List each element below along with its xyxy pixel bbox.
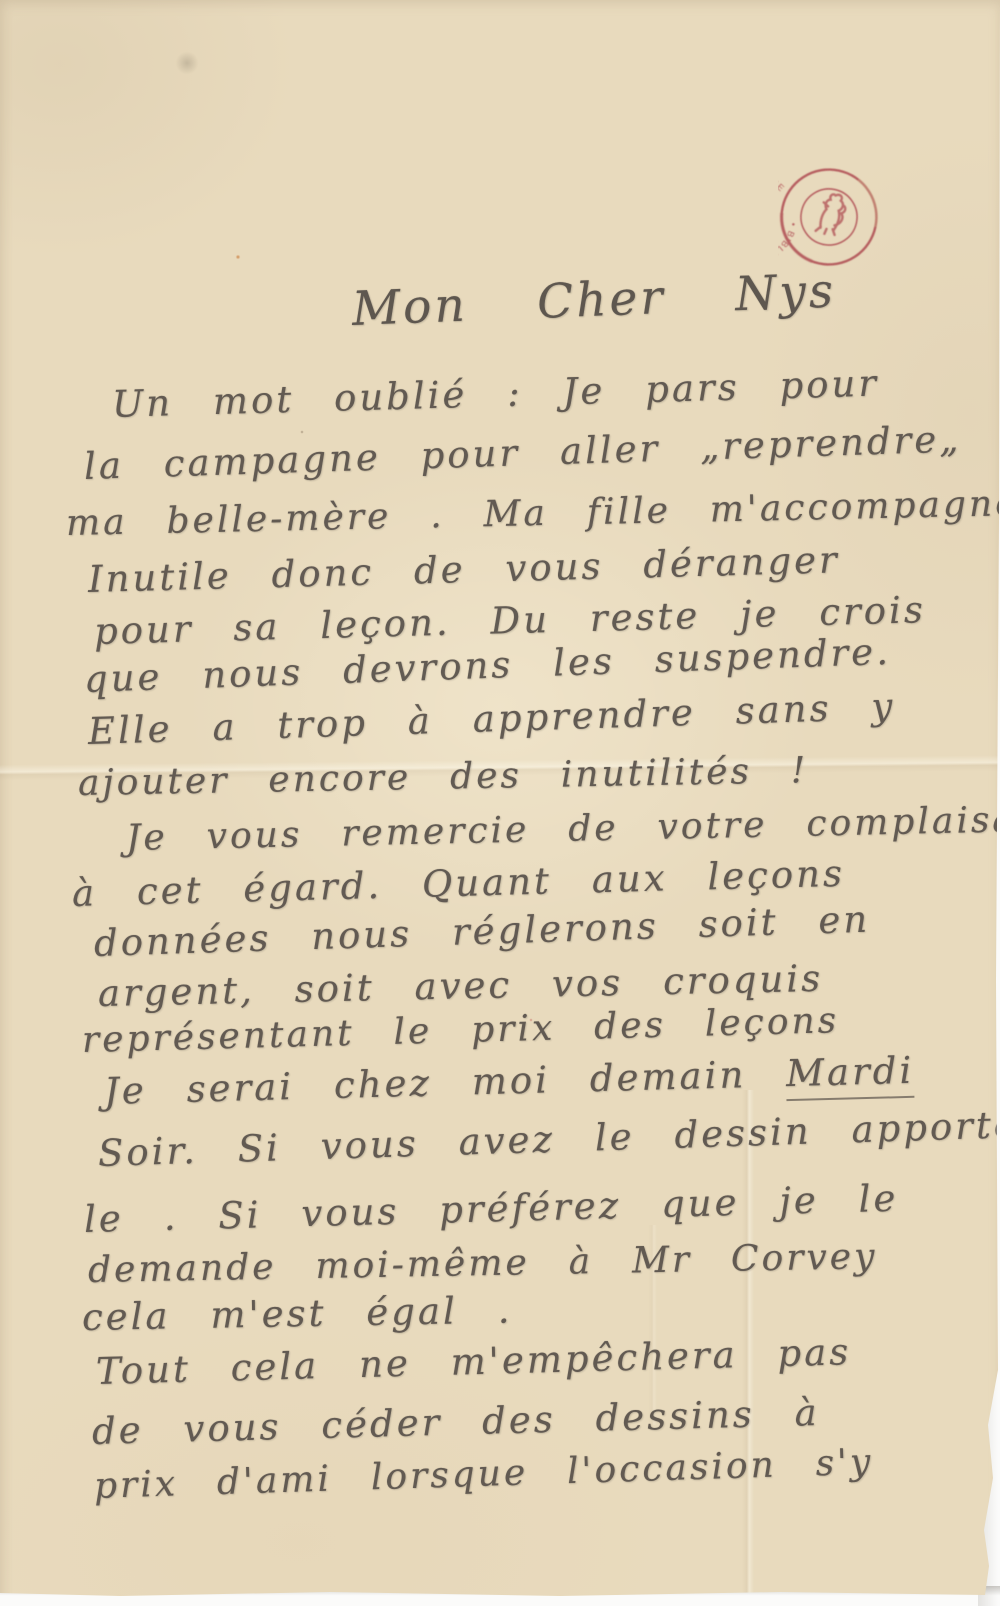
lion-rampant-icon bbox=[815, 192, 847, 237]
stamp-inner-ring bbox=[796, 184, 863, 251]
underlined-word: Mardi bbox=[786, 1049, 915, 1101]
letter-line: ma belle-mère . Ma fille m'accompagne bbox=[66, 483, 1000, 544]
letter-line: Soir. Si vous avez le dessin apportez bbox=[97, 1102, 1000, 1175]
letter-line: Je vous remercie de votre complaisance bbox=[126, 798, 1000, 859]
stamp-fade bbox=[778, 166, 880, 268]
stamp-ink-pool bbox=[778, 166, 880, 268]
letter-line-text: Je serai chez moi demain bbox=[103, 1052, 786, 1113]
letter-line: Inutile donc de vous déranger bbox=[87, 538, 840, 601]
letter-line: demande moi-même à Mr Corvey bbox=[88, 1236, 878, 1291]
library-stamp-icon: • BIBLIOTHÈQUE ROYALE DE BELGIQUE bbox=[778, 166, 880, 268]
letter-line: Un mot oublié : Je pars pour bbox=[111, 362, 879, 426]
letter-line: prix d'ami lorsque l'occasion s'y bbox=[93, 1442, 874, 1507]
letter-line: cela m'est égal . bbox=[82, 1288, 513, 1339]
scan-background: • BIBLIOTHÈQUE ROYALE DE BELGIQUE Mon Ch… bbox=[0, 0, 1000, 1606]
letter-page: • BIBLIOTHÈQUE ROYALE DE BELGIQUE Mon Ch… bbox=[0, 0, 1000, 1606]
letter-line: le . Si vous préférez que je le bbox=[83, 1177, 898, 1241]
letter-line: de vous céder des dessins à bbox=[91, 1391, 820, 1453]
letter-line: la campagne pour aller „reprendre„ bbox=[83, 417, 962, 488]
letter-line: ajouter encore des inutilités ! bbox=[78, 750, 809, 804]
letter-line: Tout cela ne m'empêchera pas bbox=[95, 1330, 851, 1393]
salutation: Mon Cher Nys bbox=[351, 263, 837, 337]
stamp-outer-ring bbox=[778, 166, 880, 268]
letter-line: Je serai chez moi demain Mardi bbox=[103, 1049, 914, 1113]
